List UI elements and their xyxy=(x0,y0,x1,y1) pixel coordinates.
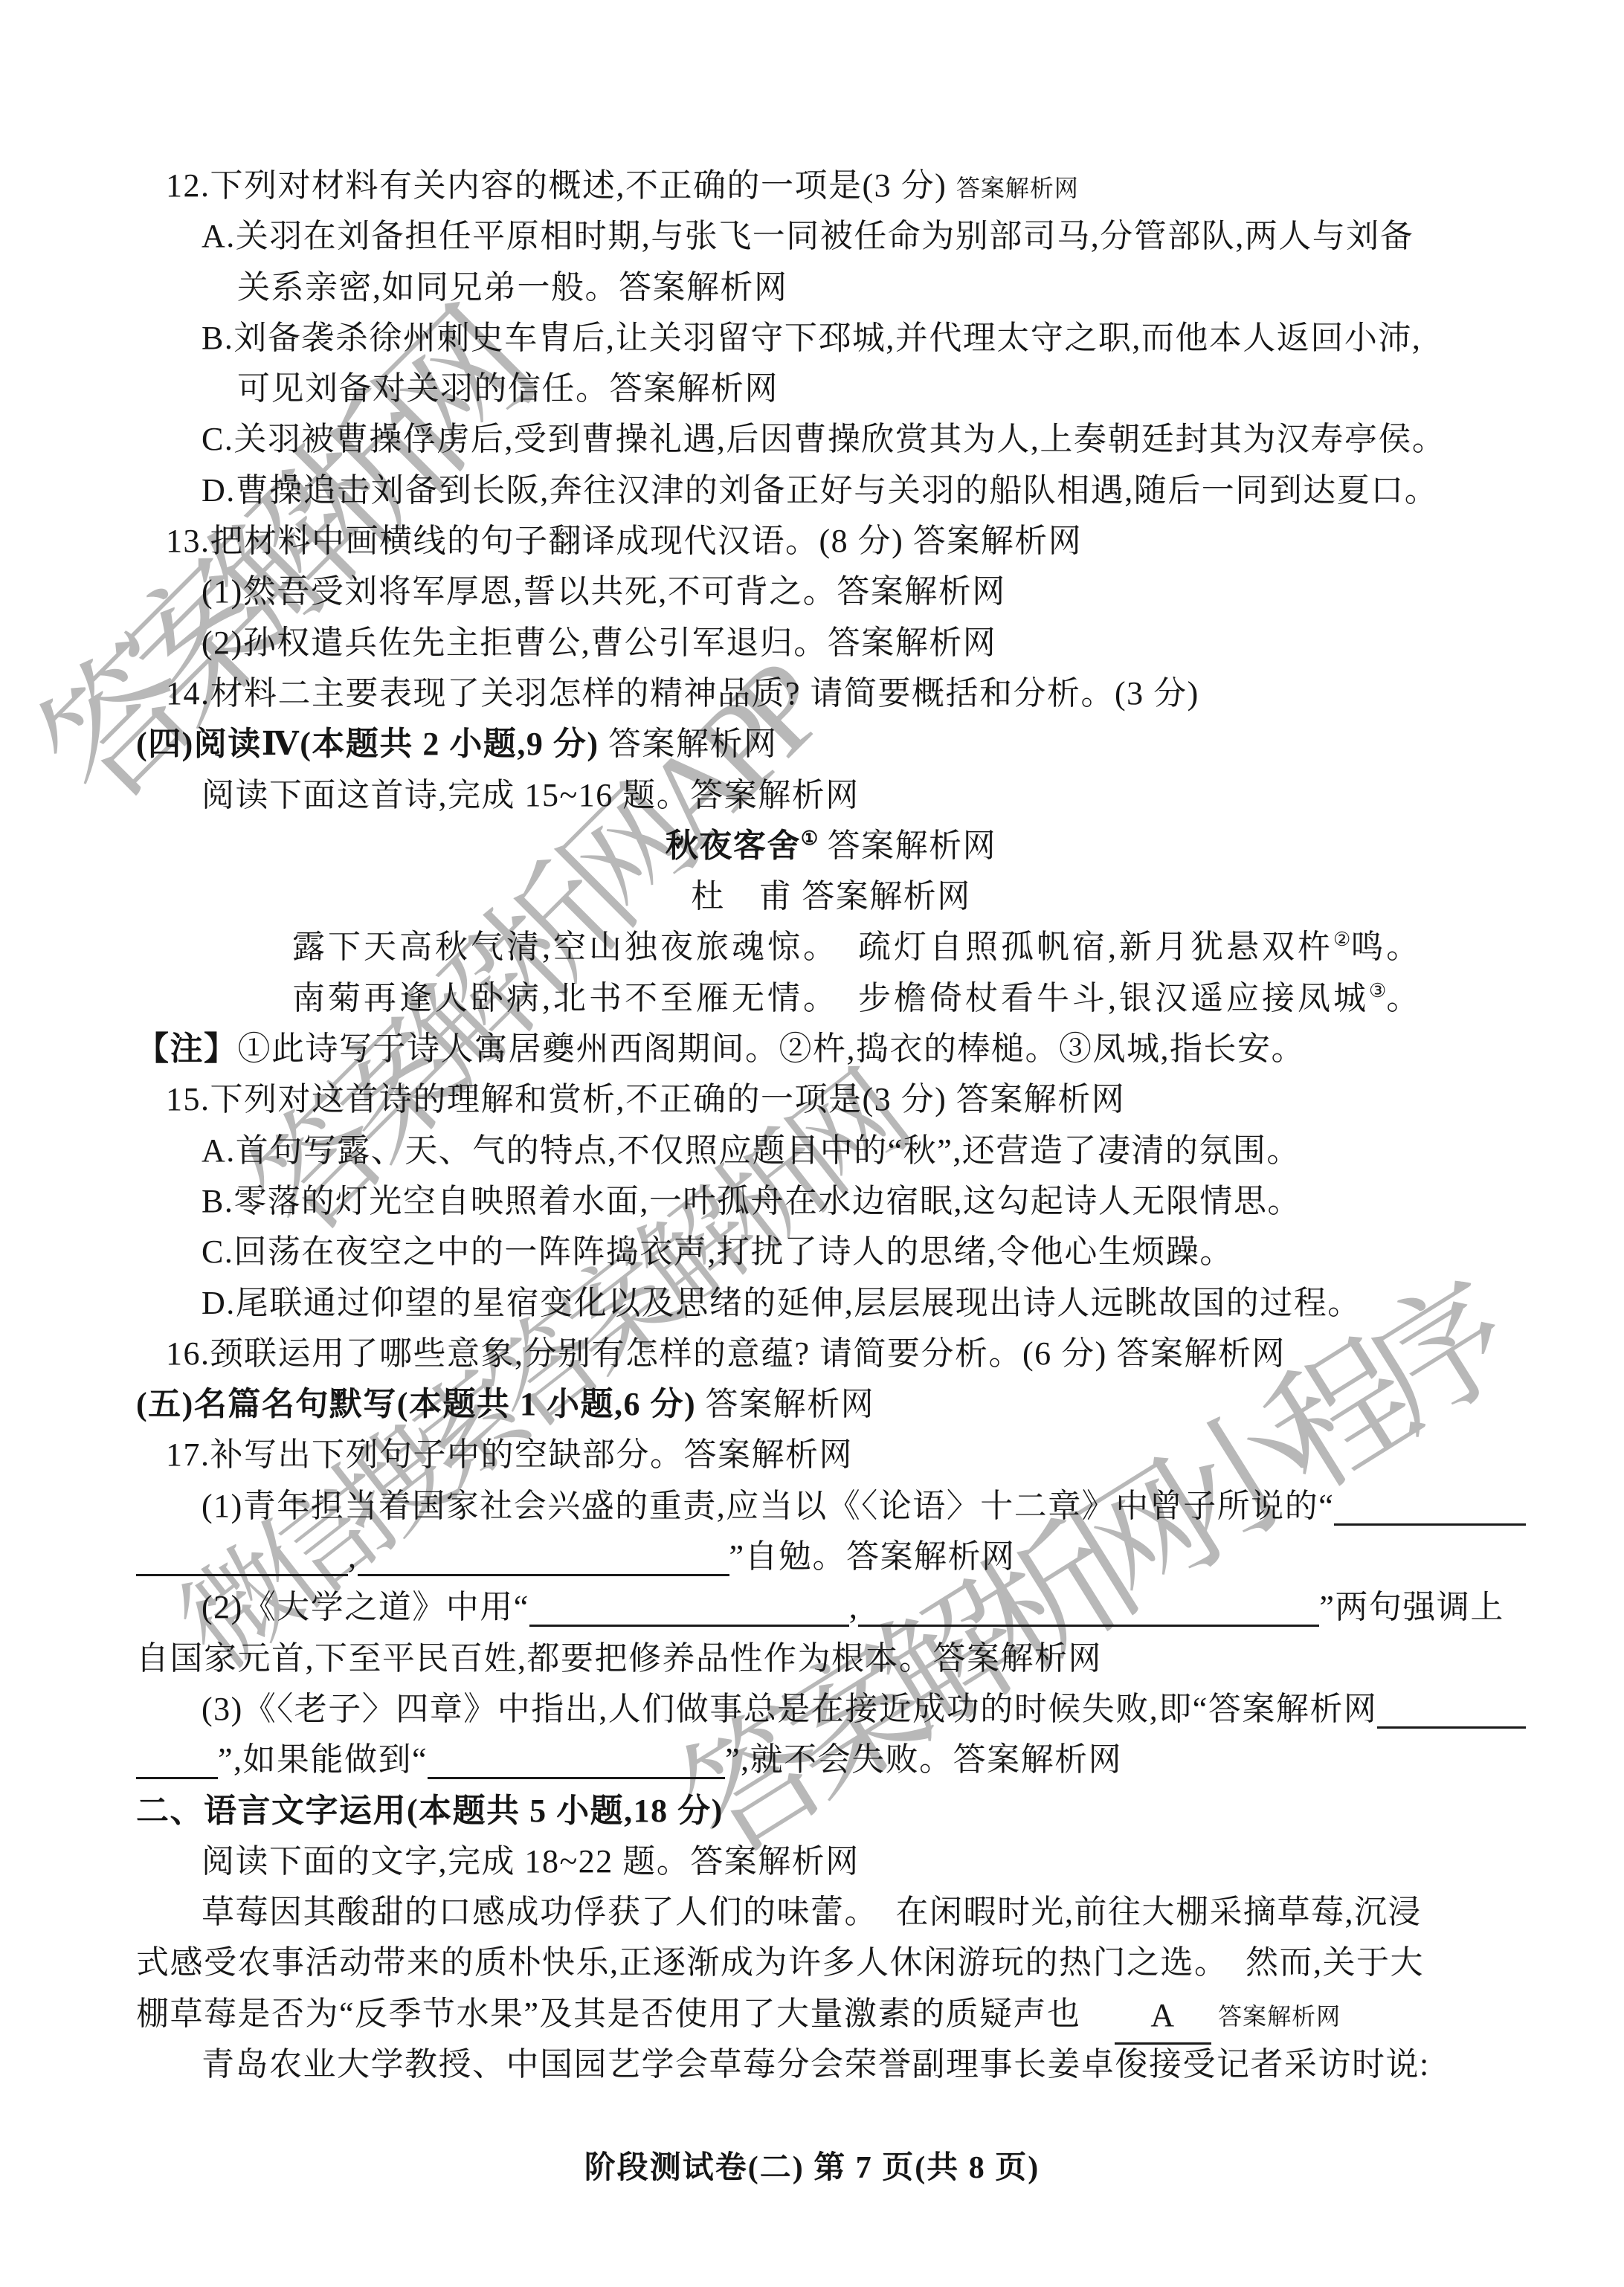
text-line: 可见刘备对关羽的信任。答案解析网 xyxy=(136,364,1526,414)
text-segment: 阅读下面这首诗,完成 15~16 题。答案解析网 xyxy=(202,770,860,821)
text-segment: D.尾联通过仰望的星宿变化以及思绪的延伸,层层展现出诗人远眺故国的过程。 xyxy=(202,1278,1362,1329)
text-segment: 杜 甫 答案解析网 xyxy=(691,871,971,922)
text-segment: ”自勉。答案解析网 xyxy=(729,1532,1016,1582)
blank-underline xyxy=(858,1620,1319,1627)
text-line: 自国家元首,下至平民百姓,都要把修养品性作为根本。答案解析网 xyxy=(136,1633,1526,1684)
text-segment: 答案解析网 xyxy=(818,821,996,871)
text-line: 【注】①此诗写于诗人寓居夔州西阁期间。②杵,捣衣的棒槌。③凤城,指长安。 xyxy=(136,1024,1526,1074)
text-segment: 【注】 xyxy=(136,1024,238,1074)
text-line: A.首句写露、天、气的特点,不仅照应题目中的“秋”,还营造了凄清的氛围。 xyxy=(136,1126,1526,1176)
text-line: 式感受农事活动带来的质朴快乐,正逐渐成为许多人休闲游玩的热门之选。 然而,关于大 xyxy=(136,1938,1526,1988)
text-line: B.零落的灯光空自映照着水面,一叶孤舟在水边宿眠,这勾起诗人无限情思。 xyxy=(136,1176,1526,1227)
text-segment: 棚草莓是否为“反季节水果”及其是否使用了大量激素的质疑声也 xyxy=(136,1989,1115,2039)
blank-underline xyxy=(1377,1722,1526,1729)
text-segment: 可见刘备对关羽的信任。答案解析网 xyxy=(237,364,779,414)
text-segment: 16.颈联运用了哪些意象,分别有怎样的意蕴? 请简要分析。(6 分) 答案解析网 xyxy=(166,1329,1286,1379)
text-segment: ”,如果能做到“ xyxy=(218,1735,428,1785)
page-footer: 阶段测试卷(二) 第 7 页(共 8 页) xyxy=(0,2143,1624,2187)
text-line: 15.下列对这首诗的理解和赏析,不正确的一项是(3 分) 答案解析网 xyxy=(136,1074,1526,1125)
text-segment: 草莓因其酸甜的口感成功俘获了人们的味蕾。 在闲暇时光,前往大棚采摘草莓,沉浸 xyxy=(202,1887,1422,1938)
text-segment: ② xyxy=(1333,915,1350,965)
text-segment: ”两句强调上 xyxy=(1319,1582,1504,1633)
text-segment: ③ xyxy=(1369,966,1386,1016)
text-segment: C.回荡在夜空之中的一阵阵捣衣声,打扰了诗人的思绪,令他心生烦躁。 xyxy=(202,1227,1234,1277)
blank-underline xyxy=(529,1620,849,1627)
blank-underline xyxy=(136,1772,218,1779)
blank-underline xyxy=(428,1772,725,1779)
text-line: ,”自勉。答案解析网 xyxy=(136,1532,1526,1582)
text-line: 12.下列对材料有关内容的概述,不正确的一项是(3 分) 答案解析网 xyxy=(136,161,1526,211)
text-line: 杜 甫 答案解析网 xyxy=(136,871,1526,922)
text-segment: 17.补写出下列句子中的空缺部分。答案解析网 xyxy=(166,1430,853,1480)
text-line: 露下天高秋气清,空山独夜旅魂惊。 疏灯自照孤帆宿,新月犹悬双杵②鸣。 xyxy=(136,922,1526,972)
text-line: (1)青年担当着国家社会兴盛的重责,应当以《〈论语〉十二章》中曾子所说的“ xyxy=(136,1481,1526,1532)
text-segment: 青岛农业大学教授、中国园艺学会草莓分会荣誉副理事长姜卓俊接受记者采访时说: xyxy=(202,2039,1430,2090)
text-segment: (2)《大学之道》中用“ xyxy=(202,1582,529,1633)
text-line: D.尾联通过仰望的星宿变化以及思绪的延伸,层层展现出诗人远眺故国的过程。 xyxy=(136,1278,1526,1329)
text-segment: A.关羽在刘备担任平原相时期,与张飞一同被任命为别部司马,分管部队,两人与刘备 xyxy=(202,211,1414,262)
text-line: 阅读下面这首诗,完成 15~16 题。答案解析网 xyxy=(136,770,1526,821)
text-segment: ”,就不会失败。答案解析网 xyxy=(725,1735,1122,1785)
text-segment: 露下天高秋气清,空山独夜旅魂惊。 疏灯自照孤帆宿,新月犹悬双杵 xyxy=(292,922,1333,972)
text-line: 关系亲密,如同兄弟一般。答案解析网 xyxy=(136,262,1526,313)
text-segment: 自国家元首,下至平民百姓,都要把修养品性作为根本。答案解析网 xyxy=(136,1633,1102,1684)
text-segment: 答案解析网 xyxy=(1211,1991,1341,2042)
text-line: 16.颈联运用了哪些意象,分别有怎样的意蕴? 请简要分析。(6 分) 答案解析网 xyxy=(136,1329,1526,1379)
text-segment: (五)名篇名句默写(本题共 1 小题,6 分) xyxy=(136,1379,696,1430)
text-line: (2)孙权遣兵佐先主拒曹公,曹公引军退归。答案解析网 xyxy=(136,618,1526,668)
text-segment: (2)孙权遣兵佐先主拒曹公,曹公引军退归。答案解析网 xyxy=(202,618,996,668)
text-segment: A.首句写露、天、气的特点,不仅照应题目中的“秋”,还营造了凄清的氛围。 xyxy=(202,1126,1301,1176)
text-segment: 15.下列对这首诗的理解和赏析,不正确的一项是(3 分) 答案解析网 xyxy=(166,1074,1125,1125)
text-segment: 答案解析网 xyxy=(696,1379,874,1430)
text-line: ”,如果能做到“”,就不会失败。答案解析网 xyxy=(136,1735,1526,1785)
text-line: 13.把材料中画横线的句子翻译成现代汉语。(8 分) 答案解析网 xyxy=(136,516,1526,567)
text-line: B.刘备袭杀徐州刺史车胄后,让关羽留守下邳城,并代理太守之职,而他本人返回小沛, xyxy=(136,313,1526,364)
blank-underline xyxy=(358,1570,729,1576)
text-segment: C.关羽被曹操俘虏后,受到曹操礼遇,后因曹操欣赏其为人,上奏朝廷封其为汉寿亭侯。 xyxy=(202,414,1446,465)
text-segment: ① xyxy=(801,813,818,864)
text-segment: 14.材料二主要表现了关羽怎样的精神品质? 请简要概括和分析。(3 分) xyxy=(166,668,1199,719)
answer-blank: A xyxy=(1115,1999,1211,2045)
text-segment: ①此诗写于诗人寓居夔州西阁期间。②杵,捣衣的棒槌。③凤城,指长安。 xyxy=(238,1024,1306,1074)
text-segment: 13.把材料中画横线的句子翻译成现代汉语。(8 分) 答案解析网 xyxy=(166,516,1082,567)
text-line: C.回荡在夜空之中的一阵阵捣衣声,打扰了诗人的思绪,令他心生烦躁。 xyxy=(136,1227,1526,1277)
text-segment: (3)《〈老子〉四章》中指出,人们做事总是在接近成功的时候失败,即“答案解析网 xyxy=(202,1684,1377,1735)
text-segment: 答案解析网 xyxy=(599,719,778,770)
blank-underline xyxy=(1334,1519,1526,1526)
text-segment: (1)青年担当着国家社会兴盛的重责,应当以《〈论语〉十二章》中曾子所说的“ xyxy=(202,1481,1334,1532)
text-line: D.曹操追击刘备到长阪,奔往汉津的刘备正好与关羽的船队相遇,随后一同到达夏口。 xyxy=(136,465,1526,516)
text-segment: D.曹操追击刘备到长阪,奔往汉津的刘备正好与关羽的船队相遇,随后一同到达夏口。 xyxy=(202,465,1438,516)
text-line: 14.材料二主要表现了关羽怎样的精神品质? 请简要概括和分析。(3 分) xyxy=(136,668,1526,719)
text-line: (3)《〈老子〉四章》中指出,人们做事总是在接近成功的时候失败,即“答案解析网 xyxy=(136,1684,1526,1735)
text-segment: B.刘备袭杀徐州刺史车胄后,让关羽留守下邳城,并代理太守之职,而他本人返回小沛, xyxy=(202,313,1421,364)
text-segment: 。 xyxy=(1386,973,1422,1024)
text-segment: B.零落的灯光空自映照着水面,一叶孤舟在水边宿眠,这勾起诗人无限情思。 xyxy=(202,1176,1301,1227)
text-line: (五)名篇名句默写(本题共 1 小题,6 分) 答案解析网 xyxy=(136,1379,1526,1430)
text-line: C.关羽被曹操俘虏后,受到曹操礼遇,后因曹操欣赏其为人,上奏朝廷封其为汉寿亭侯。 xyxy=(136,414,1526,465)
exam-page: 答案解析网答案解析网APP微信搜索答案解析网答案解析网小程序 12.下列对材料有… xyxy=(0,0,1624,2287)
text-line: 棚草莓是否为“反季节水果”及其是否使用了大量激素的质疑声也 A 答案解析网 xyxy=(136,1989,1526,2039)
text-segment: 12.下列对材料有关内容的概述,不正确的一项是(3 分) xyxy=(166,161,956,211)
text-segment: (四)阅读Ⅳ(本题共 2 小题,9 分) xyxy=(136,719,599,770)
text-line: (四)阅读Ⅳ(本题共 2 小题,9 分) 答案解析网 xyxy=(136,719,1526,770)
text-line: (1)然吾受刘将军厚恩,誓以共死,不可背之。答案解析网 xyxy=(136,567,1526,617)
text-segment: 关系亲密,如同兄弟一般。答案解析网 xyxy=(237,262,788,313)
text-line: 青岛农业大学教授、中国园艺学会草莓分会荣誉副理事长姜卓俊接受记者采访时说: xyxy=(136,2039,1526,2090)
text-segment: 秋夜客舍 xyxy=(666,821,801,871)
blank-underline xyxy=(136,1570,348,1576)
text-segment: 式感受农事活动带来的质朴快乐,正逐渐成为许多人休闲游玩的热门之选。 然而,关于大 xyxy=(136,1938,1424,1988)
text-segment: 答案解析网 xyxy=(956,163,1079,213)
text-segment: , xyxy=(348,1532,358,1582)
text-segment: 阅读下面的文字,完成 18~22 题。答案解析网 xyxy=(202,1836,860,1887)
text-line: 南菊再逢人卧病,北书不至雁无情。 步檐倚杖看牛斗,银汉遥应接凤城③。 xyxy=(136,973,1526,1024)
text-segment: 南菊再逢人卧病,北书不至雁无情。 步檐倚杖看牛斗,银汉遥应接凤城 xyxy=(292,973,1369,1024)
exam-content: 12.下列对材料有关内容的概述,不正确的一项是(3 分) 答案解析网A.关羽在刘… xyxy=(136,161,1526,2090)
text-segment: , xyxy=(849,1582,859,1633)
text-line: 秋夜客舍① 答案解析网 xyxy=(136,821,1526,871)
text-line: (2)《大学之道》中用“,”两句强调上 xyxy=(136,1582,1526,1633)
text-segment: 二、语言文字运用(本题共 5 小题,18 分) xyxy=(136,1786,724,1836)
text-segment: (1)然吾受刘将军厚恩,誓以共死,不可背之。答案解析网 xyxy=(202,567,1006,617)
text-line: 草莓因其酸甜的口感成功俘获了人们的味蕾。 在闲暇时光,前往大棚采摘草莓,沉浸 xyxy=(136,1887,1526,1938)
text-segment: 鸣。 xyxy=(1350,922,1422,972)
text-line: 阅读下面的文字,完成 18~22 题。答案解析网 xyxy=(136,1836,1526,1887)
text-line: 17.补写出下列句子中的空缺部分。答案解析网 xyxy=(136,1430,1526,1480)
text-line: A.关羽在刘备担任平原相时期,与张飞一同被任命为别部司马,分管部队,两人与刘备 xyxy=(136,211,1526,262)
text-line: 二、语言文字运用(本题共 5 小题,18 分) xyxy=(136,1786,1526,1836)
